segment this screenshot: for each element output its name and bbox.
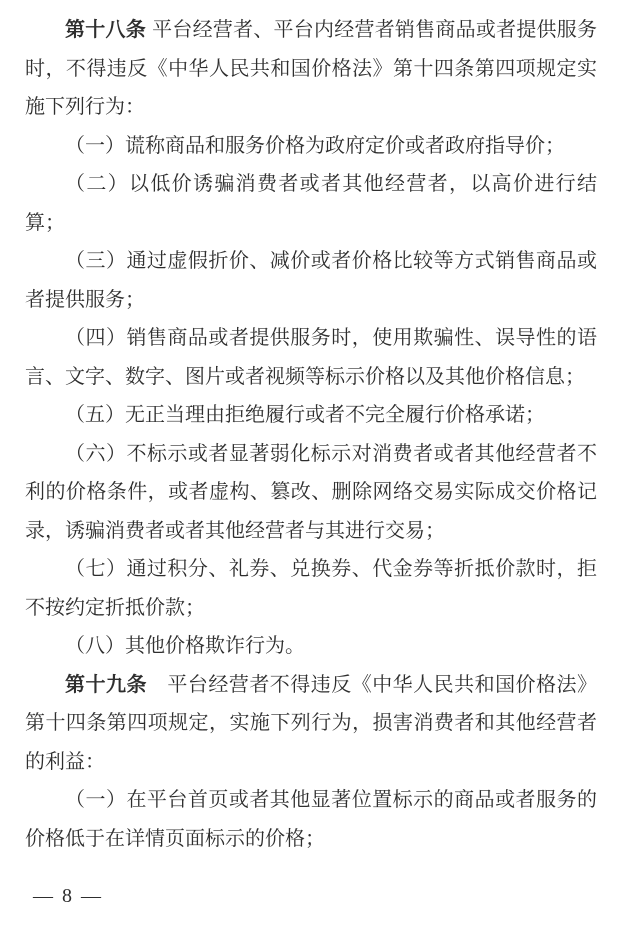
list-item-paragraph: （三）通过虚假折价、减价或者价格比较等方式销售商品或者提供服务； <box>25 242 597 319</box>
paragraph-text: （一）在平台首页或者其他显著位置标示的商品或者服务的价格低于在详情页面标示的价格… <box>25 789 597 850</box>
paragraph-text: （三）通过虚假折价、减价或者价格比较等方式销售商品或者提供服务； <box>25 250 597 311</box>
list-item-paragraph: （七）通过积分、礼券、兑换券、代金券等折抵价款时，拒不按约定折抵价款； <box>25 550 597 627</box>
paragraph-text: （一）谎称商品和服务价格为政府定价或者政府指导价； <box>65 135 565 157</box>
list-item-paragraph: （八）其他价格欺诈行为。 <box>25 627 597 666</box>
paragraph-text: （五）无正当理由拒绝履行或者不完全履行价格承诺； <box>65 404 545 426</box>
document-page: 第十八条平台经营者、平台内经营者销售商品或者提供服务时，不得违反《中华人民共和国… <box>0 0 623 927</box>
page-footer: — 8 — <box>33 884 103 908</box>
page-number: — 8 — <box>33 885 103 907</box>
paragraph-text: （八）其他价格欺诈行为。 <box>65 635 305 657</box>
list-item-paragraph: （一）在平台首页或者其他显著位置标示的商品或者服务的价格低于在详情页面标示的价格… <box>25 781 597 858</box>
article-paragraph: 第十九条平台经营者不得违反《中华人民共和国价格法》第十四条第四项规定，实施下列行… <box>25 666 597 782</box>
article-number: 第十九条 <box>65 674 147 696</box>
list-item-paragraph: （五）无正当理由拒绝履行或者不完全履行价格承诺； <box>25 396 597 435</box>
document-body: 第十八条平台经营者、平台内经营者销售商品或者提供服务时，不得违反《中华人民共和国… <box>25 11 597 858</box>
list-item-paragraph: （四）销售商品或者提供服务时，使用欺骗性、误导性的语言、文字、数字、图片或者视频… <box>25 319 597 396</box>
list-item-paragraph: （一）谎称商品和服务价格为政府定价或者政府指导价； <box>25 127 597 166</box>
article-number: 第十八条 <box>65 19 146 41</box>
paragraph-text: （七）通过积分、礼券、兑换券、代金券等折抵价款时，拒不按约定折抵价款； <box>25 558 597 619</box>
paragraph-text: （四）销售商品或者提供服务时，使用欺骗性、误导性的语言、文字、数字、图片或者视频… <box>25 327 597 388</box>
list-item-paragraph: （六）不标示或者显著弱化标示对消费者或者其他经营者不利的价格条件，或者虚构、篡改… <box>25 435 597 551</box>
list-item-paragraph: （二）以低价诱骗消费者或者其他经营者，以高价进行结算； <box>25 165 597 242</box>
article-paragraph: 第十八条平台经营者、平台内经营者销售商品或者提供服务时，不得违反《中华人民共和国… <box>25 11 597 127</box>
paragraph-text: （二）以低价诱骗消费者或者其他经营者，以高价进行结算； <box>25 173 597 234</box>
paragraph-text: （六）不标示或者显著弱化标示对消费者或者其他经营者不利的价格条件，或者虚构、篡改… <box>25 443 597 542</box>
